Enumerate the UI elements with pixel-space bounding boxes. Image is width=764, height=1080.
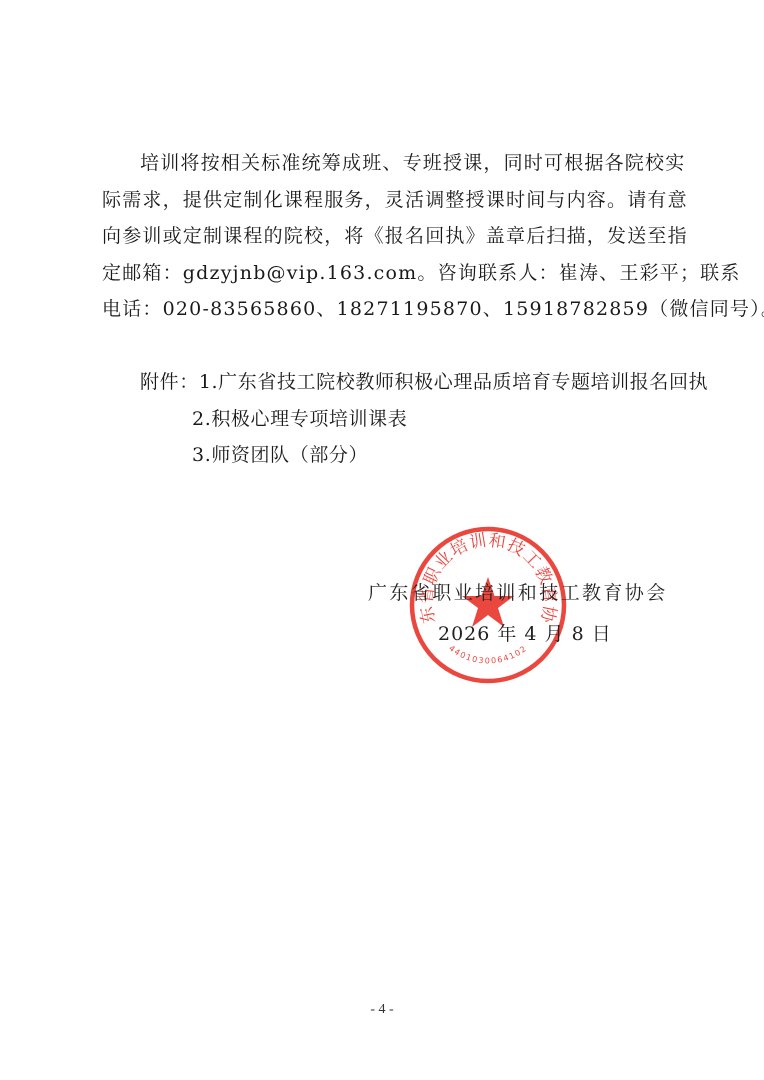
attachments-list: 附件：1.广东省技工院校教师积极心理品质培育专题培训报名回执 2.积极心理专项培… [140,364,708,474]
attachment-item: 3.师资团队（部分） [140,437,708,474]
document-page: 培训将按相关标准统筹成班、专班授课，同时可根据各院校实 际需求，提供定制化课程服… [0,0,764,1080]
body-line: 培训将按相关标准统筹成班、专班授课，同时可根据各院校实 [102,145,672,182]
body-line: 际需求，提供定制化课程服务，灵活调整授课时间与内容。请有意 [102,182,672,219]
body-line: 向参训或定制课程的院校，将《报名回执》盖章后扫描，发送至指 [102,218,672,255]
attachment-item-text: 1.广东省技工院校教师积极心理品质培育专题培训报名回执 [199,371,708,393]
attachments-label: 附件： [140,371,199,393]
body-line: 电话：020-83565860、18271195870、15918782859（… [102,291,672,328]
attachment-item-text: 3.师资团队（部分） [192,444,368,466]
attachment-item: 2.积极心理专项培训课表 [140,401,708,438]
attachment-item: 附件：1.广东省技工院校教师积极心理品质培育专题培训报名回执 [140,364,708,401]
signature-date: 2026 年 4 月 8 日 [438,619,612,646]
body-paragraph: 培训将按相关标准统筹成班、专班授课，同时可根据各院校实 际需求，提供定制化课程服… [102,145,672,328]
official-seal-icon: 广东省职业培训和技工教育协会 4401030064102 [408,525,568,685]
page-number: - 4 - [0,1002,764,1018]
attachment-item-text: 2.积极心理专项培训课表 [192,408,407,430]
signature-organization: 广东省职业培训和技工教育协会 [368,578,668,605]
svg-text:4401030064102: 4401030064102 [447,644,529,666]
body-line: 定邮箱：gdzyjnb@vip.163.com。咨询联系人：崔涛、王彩平；联系 [102,255,672,292]
